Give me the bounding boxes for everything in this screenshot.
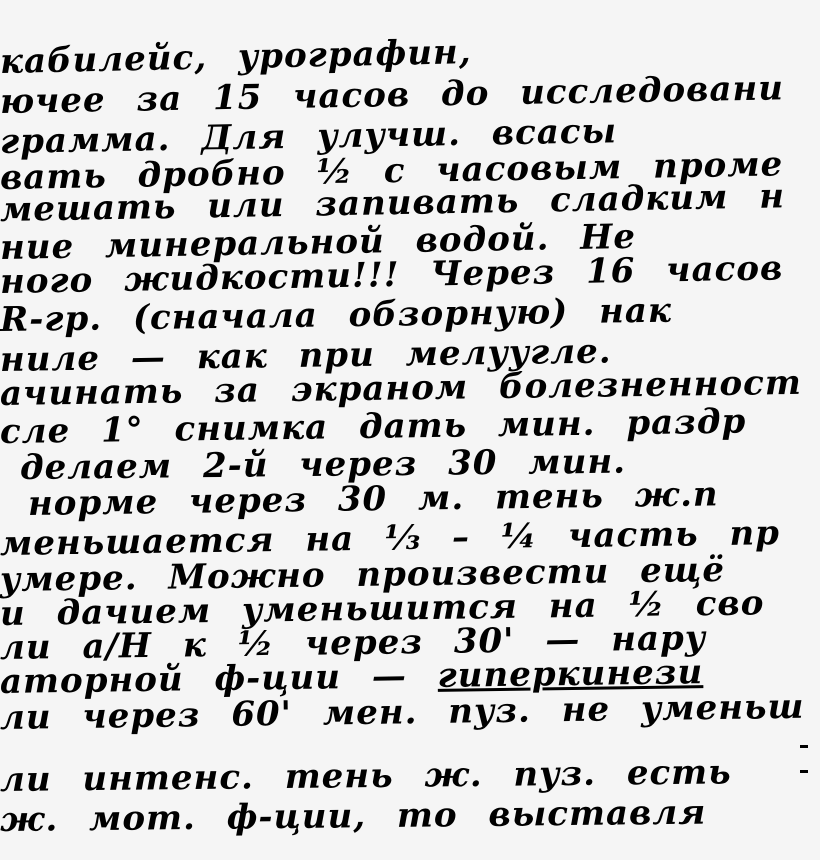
handwritten-page: кабилейс, урографин, ючее за 15 часов до… xyxy=(0,0,820,860)
margin-dash-mark xyxy=(800,745,808,748)
manuscript-line-21: ж. мот. ф-ции, то выставля xyxy=(0,791,820,840)
margin-dash-mark xyxy=(800,770,808,773)
